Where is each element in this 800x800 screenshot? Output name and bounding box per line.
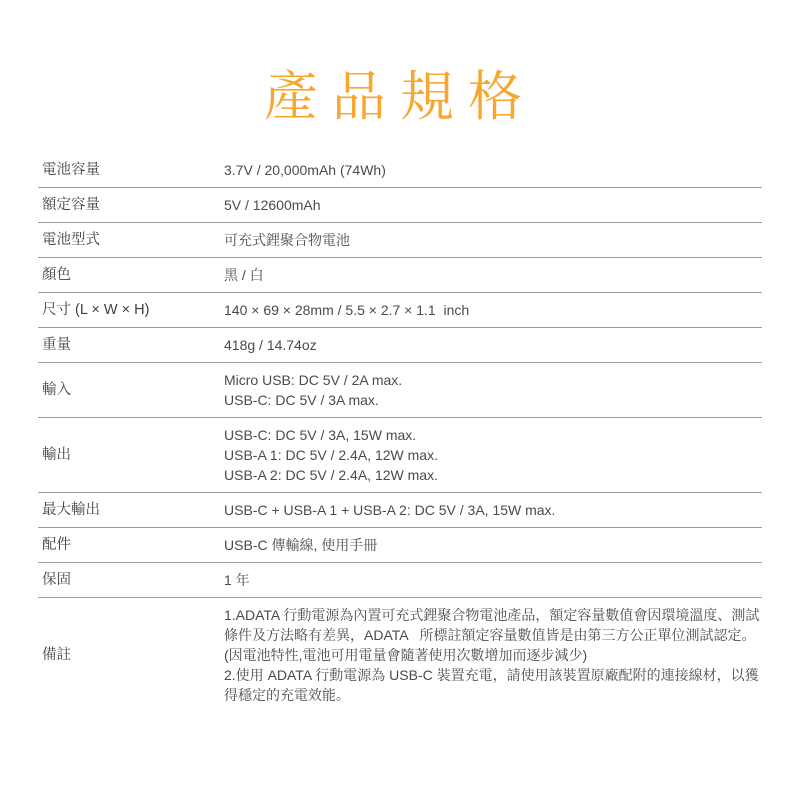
row-values: 3.7V / 20,000mAh (74Wh)	[224, 160, 762, 180]
product-spec-page: 產品規格 電池容量 3.7V / 20,000mAh (74Wh) 額定容量 5…	[0, 0, 800, 800]
row-values: 1.ADATA 行動電源為內置可充式鋰聚合物電池產品，額定容量數值會因環境溫度、…	[224, 605, 762, 705]
row-value: USB-C + USB-A 1 + USB-A 2: DC 5V / 3A, 1…	[224, 500, 762, 520]
row-value: 2.使用 ADATA 行動電源為 USB-C 裝置充電，請使用該裝置原廠配附的連…	[224, 665, 762, 705]
row-label: 輸出	[38, 445, 224, 465]
table-row: 重量 418g / 14.74oz	[38, 328, 762, 363]
row-values: 140 × 69 × 28mm / 5.5 × 2.7 × 1.1 inch	[224, 300, 762, 320]
row-value: 418g / 14.74oz	[224, 335, 762, 355]
row-value: USB-A 1: DC 5V / 2.4A, 12W max.	[224, 445, 762, 465]
row-values: 可充式鋰聚合物電池	[224, 230, 762, 250]
row-label: 電池容量	[38, 160, 224, 180]
row-values: Micro USB: DC 5V / 2A max.USB-C: DC 5V /…	[224, 370, 762, 410]
row-value: USB-A 2: DC 5V / 2.4A, 12W max.	[224, 465, 762, 485]
row-values: 5V / 12600mAh	[224, 195, 762, 215]
row-label: 重量	[38, 335, 224, 355]
row-value: 140 × 69 × 28mm / 5.5 × 2.7 × 1.1 inch	[224, 300, 762, 320]
table-row: 輸出 USB-C: DC 5V / 3A, 15W max.USB-A 1: D…	[38, 418, 762, 493]
row-value: Micro USB: DC 5V / 2A max.	[224, 370, 762, 390]
row-value: 5V / 12600mAh	[224, 195, 762, 215]
row-value: 可充式鋰聚合物電池	[224, 230, 762, 250]
table-row: 配件 USB-C 傳輸線, 使用手冊	[38, 528, 762, 563]
table-row: 額定容量 5V / 12600mAh	[38, 188, 762, 223]
row-value: USB-C 傳輸線, 使用手冊	[224, 535, 762, 555]
table-row: 最大輸出 USB-C + USB-A 1 + USB-A 2: DC 5V / …	[38, 493, 762, 528]
table-row: 電池型式 可充式鋰聚合物電池	[38, 223, 762, 258]
table-row: 顏色 黑 / 白	[38, 258, 762, 293]
row-label: 電池型式	[38, 230, 224, 250]
row-values: 1 年	[224, 570, 762, 590]
row-label: 配件	[38, 535, 224, 555]
table-row: 尺寸 (L × W × H) 140 × 69 × 28mm / 5.5 × 2…	[38, 293, 762, 328]
row-label: 保固	[38, 570, 224, 590]
row-values: 418g / 14.74oz	[224, 335, 762, 355]
table-row: 電池容量 3.7V / 20,000mAh (74Wh)	[38, 153, 762, 188]
row-label: 額定容量	[38, 195, 224, 215]
row-value: 1.ADATA 行動電源為內置可充式鋰聚合物電池產品，額定容量數值會因環境溫度、…	[224, 605, 762, 665]
row-values: USB-C: DC 5V / 3A, 15W max.USB-A 1: DC 5…	[224, 425, 762, 485]
table-row: 備註 1.ADATA 行動電源為內置可充式鋰聚合物電池產品，額定容量數值會因環境…	[38, 598, 762, 712]
spec-table: 電池容量 3.7V / 20,000mAh (74Wh) 額定容量 5V / 1…	[38, 153, 762, 712]
row-label: 最大輸出	[38, 500, 224, 520]
row-values: USB-C + USB-A 1 + USB-A 2: DC 5V / 3A, 1…	[224, 500, 762, 520]
table-row: 輸入 Micro USB: DC 5V / 2A max.USB-C: DC 5…	[38, 363, 762, 418]
row-label: 輸入	[38, 380, 224, 400]
row-value: USB-C: DC 5V / 3A max.	[224, 390, 762, 410]
row-values: USB-C 傳輸線, 使用手冊	[224, 535, 762, 555]
row-label: 尺寸 (L × W × H)	[38, 300, 224, 320]
row-values: 黑 / 白	[224, 265, 762, 285]
row-value: 黑 / 白	[224, 265, 762, 285]
table-row: 保固 1 年	[38, 563, 762, 598]
page-title: 產品規格	[0, 0, 800, 127]
row-value: 3.7V / 20,000mAh (74Wh)	[224, 160, 762, 180]
row-label: 備註	[38, 645, 224, 665]
row-label: 顏色	[38, 265, 224, 285]
row-value: 1 年	[224, 570, 762, 590]
row-value: USB-C: DC 5V / 3A, 15W max.	[224, 425, 762, 445]
